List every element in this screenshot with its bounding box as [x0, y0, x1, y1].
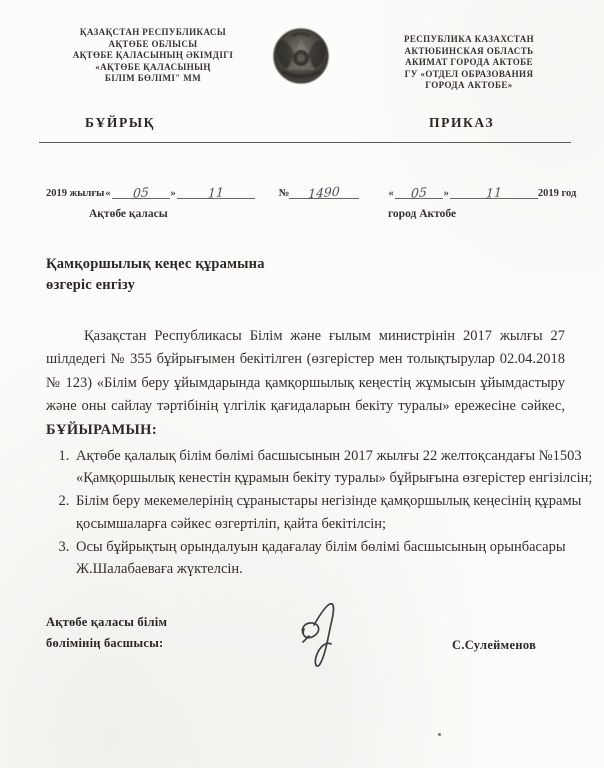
city-kazakh: Ақтөбе қаласы	[89, 208, 168, 220]
preamble-text: Қазақстан Республикасы Білім және ғылым …	[46, 328, 565, 414]
order-subject: Қамқоршылық кеңес құрамына өзгеріс енгіз…	[46, 254, 265, 296]
subject-line: өзгеріс енгізу	[46, 275, 265, 296]
handwritten-signature-icon	[293, 598, 355, 674]
org-line: ҚАЗАҚСТАН РЕСПУБЛИКАСЫ	[28, 27, 278, 39]
month-blank-russian: 11	[450, 183, 538, 199]
signatory-title-line: бөлімінің басшысы:	[46, 633, 167, 654]
subject-line: Қамқоршылық кеңес құрамына	[46, 254, 265, 275]
number-label: №	[279, 188, 290, 199]
signatory-name: С.Сулейменов	[452, 638, 536, 653]
close-quote: »	[170, 188, 177, 199]
close-quote: »	[443, 188, 450, 199]
org-line: АКТЮБИНСКАЯ ОБЛАСТЬ	[356, 46, 582, 58]
order-preamble: Қазақстан Республикасы Білім және ғылым …	[46, 325, 565, 442]
scan-artifact-dot	[438, 733, 441, 736]
scanned-order-document: ҚАЗАҚСТАН РЕСПУБЛИКАСЫ АҚТӨБЕ ОБЛЫСЫ АҚТ…	[0, 0, 604, 768]
order-number-blank: 1490	[289, 183, 359, 199]
day-blank-kazakh: 05	[112, 183, 170, 199]
doc-type-russian: ПРИКАЗ	[429, 115, 494, 131]
handwritten-day: 05	[410, 184, 427, 201]
order-item: Осы бұйрықтың орындалуын қадағалау білім…	[73, 536, 595, 580]
org-line: РЕСПУБЛИКА КАЗАХСТАН	[356, 34, 582, 46]
order-item: Ақтөбе қалалық білім бөлімі басшысынын 2…	[73, 445, 595, 489]
open-quote: «	[387, 188, 394, 199]
month-blank-kazakh: 11	[177, 183, 255, 199]
signatory-title-line: Ақтөбе қаласы білім	[46, 612, 167, 633]
org-line: «АҚТӨБЕ ҚАЛАСЫНЫҢ	[28, 62, 278, 74]
open-quote: «	[104, 188, 111, 199]
org-line: АКИМАТ ГОРОДА АКТОБЕ	[356, 57, 582, 69]
date-suffix-russian: 2019 год	[538, 188, 576, 199]
org-line: БІЛІМ БӨЛІМІ" ММ	[28, 73, 278, 85]
handwritten-month: 11	[207, 184, 224, 201]
letterhead-org-russian: РЕСПУБЛИКА КАЗАХСТАН АКТЮБИНСКАЯ ОБЛАСТЬ…	[356, 34, 582, 92]
order-item: Білім беру мекемелерінің сұраныстары нег…	[73, 490, 595, 534]
city-russian: город Актобе	[388, 208, 456, 220]
org-line: ГОРОДА АКТОБЕ»	[356, 80, 582, 92]
header-divider-line	[39, 142, 571, 143]
letterhead-org-kazakh: ҚАЗАҚСТАН РЕСПУБЛИКАСЫ АҚТӨБЕ ОБЛЫСЫ АҚТ…	[28, 27, 278, 85]
org-line: ГУ «ОТДЕЛ ОБРАЗОВАНИЯ	[356, 69, 582, 81]
org-line: АҚТӨБЕ ҚАЛАСЫНЫҢ ӘКІМДІГІ	[28, 50, 278, 62]
resolve-word: БҰЙЫРАМЫН:	[46, 422, 157, 438]
signatory-title: Ақтөбе қаласы білім бөлімінің басшысы:	[46, 612, 167, 654]
org-line: АҚТӨБЕ ОБЛЫСЫ	[28, 39, 278, 51]
date-number-line: 2019 жылғы « 05 » 11 № 1490 « 05 » 11 20…	[46, 183, 578, 199]
handwritten-day: 05	[132, 184, 149, 201]
doc-type-kazakh: БҰЙРЫҚ	[85, 115, 155, 131]
order-items-list: Ақтөбе қалалық білім бөлімі басшысынын 2…	[46, 445, 595, 581]
handwritten-order-number: 1490	[308, 184, 340, 202]
handwritten-month: 11	[486, 184, 503, 201]
coat-of-arms-kazakhstan-icon	[270, 26, 332, 88]
date-prefix-kazakh: 2019 жылғы	[46, 188, 104, 199]
day-blank-russian: 05	[395, 183, 443, 199]
